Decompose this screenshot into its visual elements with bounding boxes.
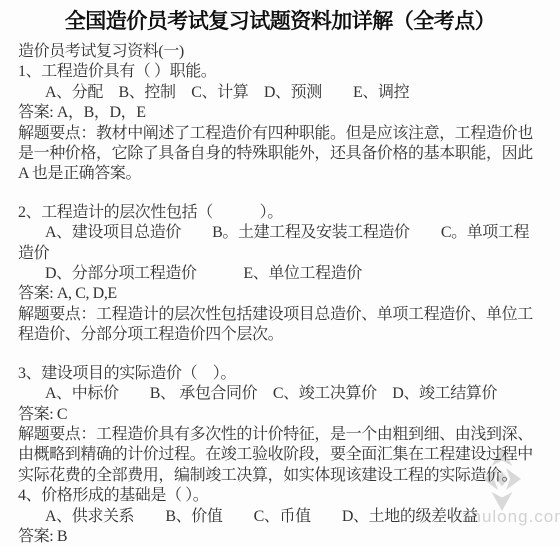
question-1-answer: 答案: A，B，D，E — [18, 103, 544, 123]
question-2-explanation-line2: 程造价、分部分项工程造价四个层次。 — [18, 325, 544, 345]
question-1-explanation-line2: 是一种价格，它除了具备自身的特殊职能外，还具备价格的基本职能，因此 — [18, 144, 544, 164]
question-3-answer: 答案: C — [18, 405, 544, 425]
question-3-explanation-line1: 解题要点：工程造价具有多次性的计价特征，是一个由粗到细、由浅到深、 — [18, 425, 544, 445]
question-4: 4、价格形成的基础是（ ）。 A、供求关系 B、价值 C、币值 D、土地的级差收… — [18, 486, 544, 546]
question-1: 1、工程造价具有（ ）职能。 A、分配 B、控制 C、计算 D、预测 E、调控 … — [18, 62, 544, 184]
question-1-explanation-line1: 解题要点：教材中阐述了工程造价有四种职能。但是应该注意，工程造价也 — [18, 124, 544, 144]
question-4-options: A、供求关系 B、价值 C、币值 D、土地的级差收益 — [18, 507, 544, 527]
question-2-options-wrap: 造价 — [18, 244, 544, 264]
intro-line: 造价员考试复习资料(一) — [18, 42, 544, 62]
document-body: 造价员考试复习资料(一) 1、工程造价具有（ ）职能。 A、分配 B、控制 C、… — [0, 36, 560, 546]
question-2: 2、工程造计的层次性包括（ ）。 A、建设项目总造价 B。土建工程及安装工程造价… — [18, 203, 544, 346]
question-2-answer: 答案: A, C, D,E — [18, 284, 544, 304]
question-3: 3、建设项目的实际造价（ ）。 A、中标价 B、 承包合同价 C、竣工决算价 D… — [18, 364, 544, 486]
document-title: 全国造价员考试复习试题资料加详解（全考点） — [0, 0, 560, 36]
question-2-options-line2: D、分部分项工程造价 E、单位工程造价 — [18, 264, 544, 284]
question-3-explanation-line2: 由概略到精确的计价过程。在竣工验收阶段，要全面汇集在工程建设过程中 — [18, 445, 544, 465]
document-page: zhulong.com 全国造价员考试复习试题资料加详解（全考点） 造价员考试复… — [0, 0, 560, 546]
question-3-explanation-line3: 实际花费的全部费用，编制竣工决算，如实体现该建设工程的实际造价。 — [18, 466, 544, 486]
question-4-answer: 答案: B — [18, 527, 544, 546]
question-1-options: A、分配 B、控制 C、计算 D、预测 E、调控 — [18, 83, 544, 103]
question-1-explanation-line3: A 也是正确答案。 — [18, 164, 544, 184]
question-2-stem: 2、工程造计的层次性包括（ ）。 — [18, 203, 544, 223]
question-4-stem: 4、价格形成的基础是（ ）。 — [18, 486, 544, 506]
question-3-stem: 3、建设项目的实际造价（ ）。 — [18, 364, 544, 384]
question-1-stem: 1、工程造价具有（ ）职能。 — [18, 62, 544, 82]
question-3-options: A、中标价 B、 承包合同价 C、竣工决算价 D、竣工结算价 — [18, 384, 544, 404]
question-2-explanation-line1: 解题要点：工程造计的层次性包括建设项目总造价、单项工程造价、单位工 — [18, 305, 544, 325]
question-2-options-line1: A、建设项目总造价 B。土建工程及安装工程造价 C。单项工程 — [18, 223, 544, 243]
